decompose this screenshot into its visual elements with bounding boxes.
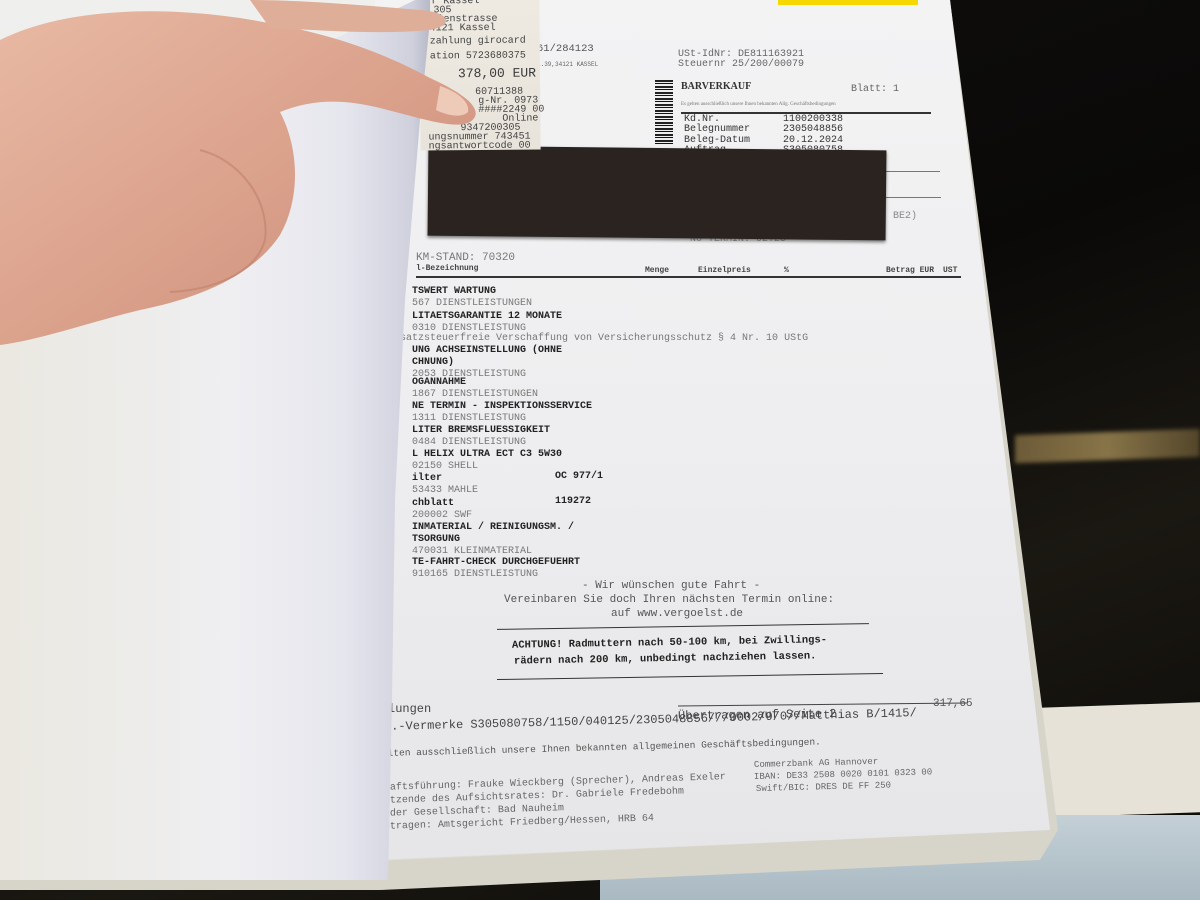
col-vat: UST	[943, 266, 957, 275]
sheet-number: Blatt: 1	[851, 84, 899, 95]
redaction-bar	[428, 146, 887, 241]
col-quantity: Menge	[645, 266, 669, 275]
item-reference: OC 977/1	[555, 471, 603, 482]
brand-banner-text: Reifen + Autoservice	[840, 0, 909, 1]
vehicle-partial: BE2)	[893, 211, 917, 222]
carry-over-amount: 317,65	[933, 698, 973, 710]
item-name: L HELIX ULTRA ECT C3 5W30	[412, 449, 562, 460]
mileage: KM-STAND: 70320	[416, 252, 515, 264]
receipt-total: 378,00 EUR	[458, 66, 536, 82]
item-name: chblatt	[412, 498, 454, 509]
receipt-line: zahlung girocard	[430, 36, 526, 48]
promo-line-2: Vereinbaren Sie doch Ihren nächsten Term…	[504, 594, 834, 606]
item-note: satzsteuerfreie Verschaffung von Versich…	[400, 333, 808, 344]
tax-number: Steuernr 25/200/00079	[678, 59, 804, 70]
col-percent: %	[784, 266, 789, 275]
item-name: ilter	[412, 473, 442, 484]
company-phone: 61/284123	[537, 43, 594, 55]
receipt-line: ation 5723680375	[430, 51, 526, 63]
barcode	[655, 80, 673, 146]
col-amount: Betrag EUR	[886, 266, 934, 275]
item-article-code: 1867 DIENSTLEISTUNGEN	[412, 389, 538, 400]
item-name: NE TERMIN - INSPEKTIONSSERVICE	[412, 401, 592, 412]
promo-website: auf www.vergoelst.de	[611, 608, 743, 620]
table-header-rule	[416, 276, 961, 278]
item-article-code: 1311 DIENSTLEISTUNG	[412, 413, 526, 424]
document-number: 2305048856	[783, 124, 843, 135]
payments-label: lungen	[388, 702, 431, 716]
item-article-code: 0484 DIENSTLEISTUNG	[412, 437, 526, 448]
item-name: INMATERIAL / REINIGUNGSM. /	[412, 522, 574, 533]
item-article-code: 910165 DIENSTLEISTUNG	[412, 569, 538, 580]
table-edge	[1040, 702, 1200, 818]
item-name: OGANNAHME	[412, 377, 466, 388]
item-article-code: 02150 SHELL	[412, 461, 478, 472]
item-reference: 119272	[555, 496, 591, 507]
receipt-line: 4121 Kassel	[430, 23, 496, 35]
divider	[878, 171, 940, 172]
card-receipt: r Kassel 305 llenstrasse 4121 Kassel zah…	[419, 0, 540, 151]
item-name-cont: CHNUNG)	[412, 357, 454, 368]
company-address: 1.39,34121 KASSEL	[537, 61, 598, 68]
promo-line-1: - Wir wünschen gute Fahrt -	[582, 580, 760, 592]
item-article-code: 53433 MAHLE	[412, 485, 478, 496]
item-name: LITER BREMSFLUESSIGKEIT	[412, 425, 550, 436]
col-unit-price: Einzelpreis	[698, 266, 751, 275]
meta-label: Belegnummer	[684, 124, 750, 135]
item-name: TSWERT WARTUNG	[412, 286, 496, 297]
item-name-cont: TSORGUNG	[412, 534, 460, 545]
divider	[878, 197, 941, 198]
item-article-code: 470031 KLEINMATERIAL	[412, 546, 532, 557]
document-title: BARVERKAUF	[681, 81, 751, 92]
receipt-line: ngsantwortcode 00	[429, 141, 531, 153]
item-article-code: 567 DIENSTLEISTUNGEN	[412, 298, 532, 309]
item-name: LITAETSGARANTIE 12 MONATE	[412, 311, 562, 322]
item-name: UNG ACHSEINSTELLUNG (OHNE	[412, 345, 562, 356]
terms-small: Es gelten ausschließlich unsere Ihnen be…	[681, 102, 836, 107]
item-name: TE-FAHRT-CHECK DURCHGEFUEHRT	[412, 557, 580, 568]
col-designation: l-Bezeichnung	[416, 264, 478, 273]
item-article-code: 200002 SWF	[412, 510, 472, 521]
